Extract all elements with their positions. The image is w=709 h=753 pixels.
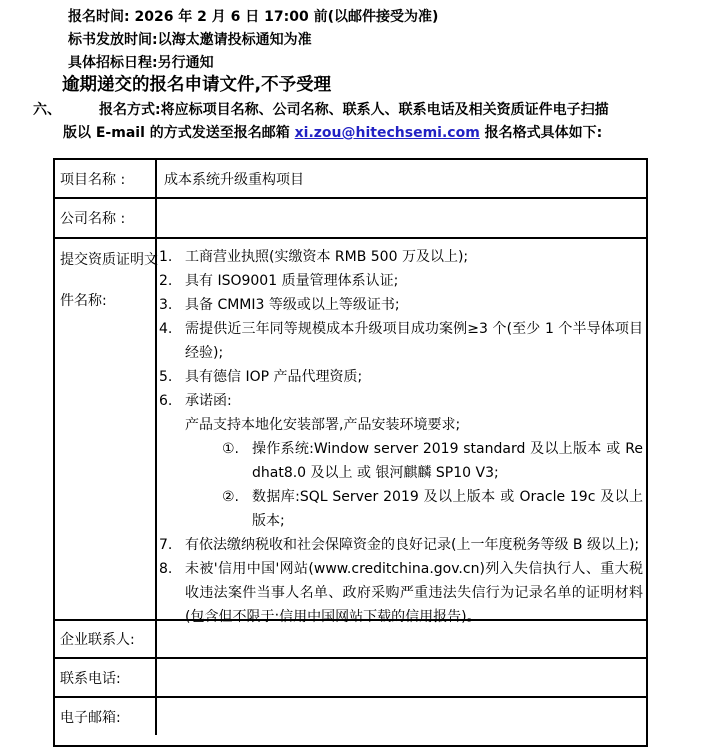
- email-instruction-line: 版以 E-mail 的方式发送至报名邮箱 xi.zou@hitechsemi.c…: [63, 122, 602, 142]
- registration-method-text: 报名方式:将应标项目名称、公司名称、联系人、联系电话及相关资质证件电子扫描: [99, 99, 609, 119]
- contact-phone-field[interactable]: [157, 659, 646, 696]
- item-number: 3.: [159, 293, 185, 317]
- list-item: 5. 具有德信 IOP 产品代理资质;: [159, 365, 644, 389]
- item-number: 2.: [159, 269, 185, 293]
- registration-deadline-line: 报名时间: 2026 年 2 月 6 日 17:00 前(以邮件接受为准): [68, 6, 438, 26]
- item-text: 承诺函:: [185, 389, 644, 413]
- sub-list-item: ①. 操作系统:Window server 2019 standard 及以上版…: [222, 437, 644, 485]
- registration-email-link[interactable]: xi.zou@hitechsemi.com: [295, 125, 480, 141]
- list-item: 1. 工商营业执照(实缴资本 RMB 500 万及以上);: [159, 245, 644, 269]
- company-name-label: 公司名称 :: [55, 199, 157, 237]
- registration-form-table: 项目名称 : 成本系统升级重构项目 公司名称 : 提交资质证明文 件名称: 1.…: [53, 158, 648, 747]
- list-item: 3. 具备 CMMI3 等级或以上等级证书;: [159, 293, 644, 317]
- section-number: 六、: [33, 99, 61, 119]
- table-row-contact-phone: 联系电话:: [55, 657, 646, 696]
- table-row-project-name: 项目名称 : 成本系统升级重构项目: [55, 160, 646, 197]
- sub-list-item: ②. 数据库:SQL Server 2019 及以上版本 或 Oracle 19…: [222, 485, 644, 533]
- sub-item-number: ②.: [222, 485, 252, 533]
- list-item: 7. 有依法缴纳税收和社会保障资金的良好记录(上一年度税务等级 B 级以上);: [159, 533, 644, 557]
- item-number: 6.: [159, 389, 185, 413]
- email-instruction-prefix: 版以 E-mail 的方式发送至报名邮箱: [63, 125, 295, 141]
- item-text: 有依法缴纳税收和社会保障资金的良好记录(上一年度税务等级 B 级以上);: [185, 533, 644, 557]
- project-name-value: 成本系统升级重构项目: [157, 160, 646, 197]
- table-row-company-name: 公司名称 :: [55, 197, 646, 237]
- table-row-contact-person: 企业联系人:: [55, 619, 646, 657]
- item-text: 工商营业执照(实缴资本 RMB 500 万及以上);: [185, 245, 644, 269]
- project-name-label: 项目名称 :: [55, 160, 157, 197]
- company-name-field[interactable]: [157, 199, 646, 237]
- item-number: 5.: [159, 365, 185, 389]
- qualifications-label-line2: 件名称:: [60, 289, 107, 313]
- contact-email-field[interactable]: [157, 698, 646, 735]
- item-text: 具有德信 IOP 产品代理资质;: [185, 365, 644, 389]
- commitment-letter-detail: 产品支持本地化安装部署,产品安装环境要求;: [185, 413, 644, 437]
- table-row-contact-email: 电子邮箱:: [55, 696, 646, 735]
- contact-person-field[interactable]: [157, 621, 646, 657]
- tender-document-page: { "intro": { "line1": "报名时间: 2026 年 2 月 …: [0, 0, 709, 753]
- item-text: 需提供近三年同等规模成本升级项目成功案例≥3 个(至少 1 个半导体项目经验);: [185, 317, 644, 365]
- qualifications-content: 1. 工商营业执照(实缴资本 RMB 500 万及以上); 2. 具有 ISO9…: [157, 239, 646, 619]
- item-number: 1.: [159, 245, 185, 269]
- item-number: 4.: [159, 317, 185, 365]
- contact-email-label: 电子邮箱:: [55, 698, 157, 735]
- list-item: 2. 具有 ISO9001 质量管理体系认证;: [159, 269, 644, 293]
- late-submission-notice: 逾期递交的报名申请文件,不予受理: [62, 71, 331, 96]
- qualifications-label-line1: 提交资质证明文: [60, 248, 158, 272]
- qualification-list: 1. 工商营业执照(实缴资本 RMB 500 万及以上); 2. 具有 ISO9…: [157, 239, 646, 629]
- item-text: 具备 CMMI3 等级或以上等级证书;: [185, 293, 644, 317]
- contact-phone-label: 联系电话:: [55, 659, 157, 696]
- sub-item-number: ①.: [222, 437, 252, 485]
- sub-item-text: 操作系统:Window server 2019 standard 及以上版本 或…: [252, 437, 644, 485]
- tender-schedule-line: 具体招标日程:另行通知: [68, 52, 214, 72]
- sub-item-text: 数据库:SQL Server 2019 及以上版本 或 Oracle 19c 及…: [252, 485, 644, 533]
- item-number: 8.: [159, 557, 185, 629]
- table-row-qualifications: 提交资质证明文 件名称: 1. 工商营业执照(实缴资本 RMB 500 万及以上…: [55, 237, 646, 619]
- list-item: 4. 需提供近三年同等规模成本升级项目成功案例≥3 个(至少 1 个半导体项目经…: [159, 317, 644, 365]
- list-item: 8. 未被'信用中国'网站(www.creditchina.gov.cn)列入失…: [159, 557, 644, 629]
- item-text: 未被'信用中国'网站(www.creditchina.gov.cn)列入失信执行…: [185, 557, 644, 629]
- section-six-line: 六、 报名方式:将应标项目名称、公司名称、联系人、联系电话及相关资质证件电子扫描: [33, 99, 609, 119]
- item-text: 具有 ISO9001 质量管理体系认证;: [185, 269, 644, 293]
- list-item: 6. 承诺函:: [159, 389, 644, 413]
- qualifications-label: 提交资质证明文 件名称:: [55, 239, 157, 619]
- email-instruction-suffix: 报名格式具体如下:: [480, 125, 602, 141]
- contact-person-label: 企业联系人:: [55, 621, 157, 657]
- item-number: 7.: [159, 533, 185, 557]
- document-release-time-line: 标书发放时间:以海太邀请投标通知为准: [68, 29, 312, 49]
